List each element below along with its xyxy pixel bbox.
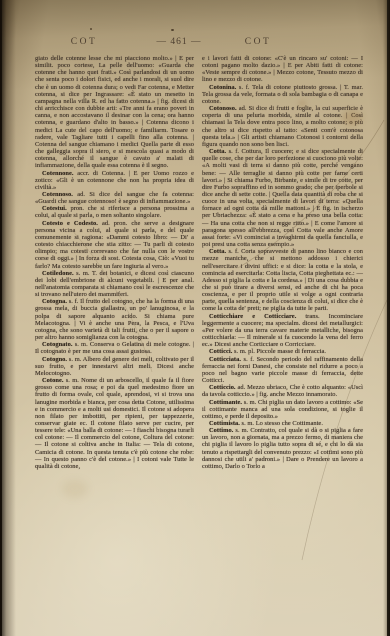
dictionary-entry: Cotticci. s. m. pl. Piccole masse di fer… (202, 348, 363, 355)
entry-headword: Cotta. (209, 248, 228, 255)
dictionary-entry: Cotennone. accr. di Cotenna. | E per Uom… (35, 170, 194, 191)
entry-headword: Cotestui. (42, 205, 70, 212)
entry-continuation: e i lavori fatti di cotone: «C'è un rinc… (202, 55, 363, 84)
running-head: COT — 461 — COT (2, 37, 387, 49)
entry-headword: Cotticcio. (209, 384, 237, 391)
entry-headword: Cotticci. (209, 348, 234, 355)
running-title-left: COT (71, 37, 98, 47)
dust-speck (90, 28, 92, 30)
dictionary-entry: Cotonina. s. f. Tela di cotone piuttosto… (202, 84, 363, 105)
dictionary-entry: Cottimo. s. m. Contratto, col quale si d… (202, 427, 363, 470)
entry-headword: Cotticciata. (209, 356, 244, 363)
dictionary-entry: Cotticchiare e Cotticciare. trans. Incom… (202, 313, 363, 349)
dictionary-entry: Cottimante. s. m. Chi piglia un dato lav… (202, 399, 363, 420)
paper-stain (62, 480, 88, 498)
entry-headword: Cottimo. (209, 427, 235, 434)
entry-headword: Cotticchiare e Cotticciare. (209, 313, 305, 320)
book-page: COT — 461 — COT giato delle cotenne less… (2, 0, 387, 636)
entry-headword: Cottimista. (209, 420, 242, 427)
dictionary-entry: Cotticciata. s. f. Secondo periodo del r… (202, 356, 363, 385)
dictionary-entry: Cotestui. pron. che si riferisce a perso… (35, 205, 194, 219)
dictionary-entry: Cotone. s. m. Nome di un arboscello, il … (35, 377, 194, 470)
dictionary-entry: Cotognato. s. m. Conserva o Gelatina di … (35, 341, 194, 355)
dictionary-entry: Cotesto e Codesto. ad. pron. che serve a… (35, 220, 194, 270)
entry-headword: Cotogno. (42, 356, 69, 363)
entry-headword: Cotogna. (42, 298, 69, 305)
dictionary-entry: Cotta. s. f. Cottura, Il cuocere; e si d… (202, 148, 363, 248)
entry-continuation: giato delle cotenne lesse che mi piaccio… (35, 55, 194, 170)
entry-headword: Cotesto e Codesto. (42, 220, 102, 227)
page-number: — 461 — (157, 37, 202, 47)
right-column: e i lavori fatti di cotone: «C'è un rinc… (202, 55, 363, 470)
dictionary-entry: Cotogna. s. f. Il frutto del cotogno, ch… (35, 298, 194, 341)
entry-headword: Cotognato. (42, 341, 75, 348)
running-title-right: COT (245, 37, 272, 47)
dictionary-entry: Cotta. s. f. Corta sopravveste di panno … (202, 248, 363, 312)
dictionary-entry: Cotticcio. ad. Mezzo ubriaco, Che è cott… (202, 384, 363, 398)
entry-headword: Cotennone. (42, 170, 77, 177)
entry-headword: Cotta. (209, 148, 229, 155)
dictionary-entry: Cotiledone. s. m. T. dei botanici, e dic… (35, 270, 194, 299)
entry-headword: Cotonina. (209, 84, 239, 91)
scanned-book-page: { "scan": { "header": { "left_running_ti… (0, 0, 390, 636)
left-column: giato delle cotenne lesse che mi piaccio… (35, 55, 194, 470)
entry-headword: Cotone. (42, 377, 66, 384)
entry-headword: Cotonoso. (209, 105, 239, 112)
dictionary-entry: Cotogno. s. m. Albero del genere dei mel… (35, 356, 194, 377)
dust-speck (171, 29, 174, 31)
entry-headword: Cottimante. (209, 399, 244, 406)
entry-headword: Cotiledone. (42, 270, 76, 277)
dictionary-entry: Cotonoso. ad. Si dice di frutti e foglie… (202, 105, 363, 148)
entry-headword: Cotennoso. (42, 191, 77, 198)
dictionary-entry: Cotennoso. ad. Si dice del sangue che fa… (35, 191, 194, 205)
